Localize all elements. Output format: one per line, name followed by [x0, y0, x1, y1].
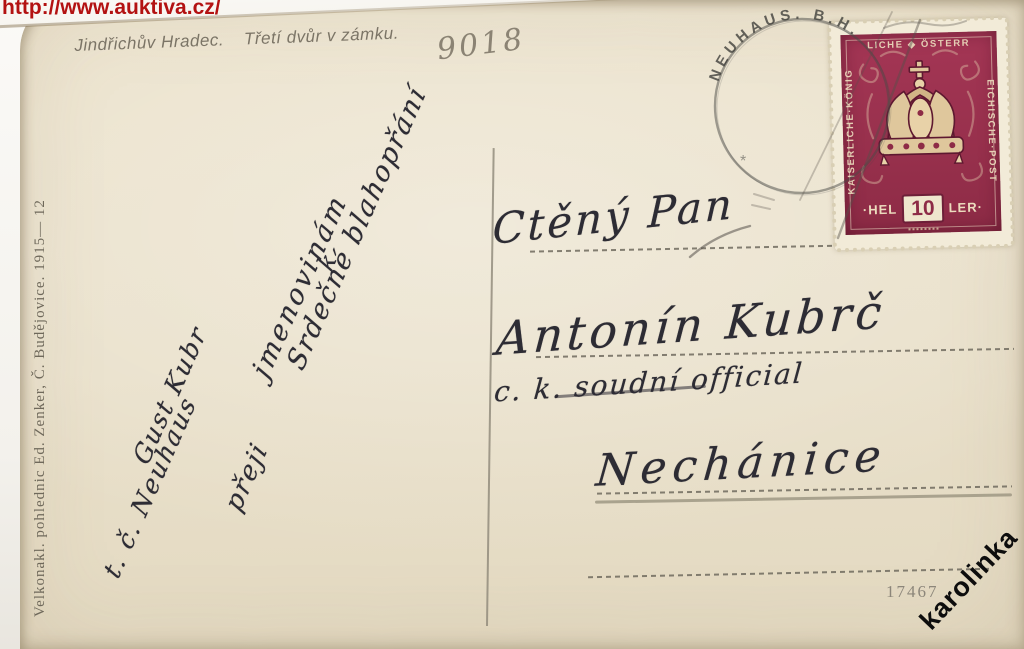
- postcard-scan: http://www.auktiva.cz/ Jindřichův Hradec…: [0, 0, 1024, 649]
- stamp-denomination-band: ·HEL 10 LER·: [853, 191, 994, 225]
- stamp-ler-label: LER·: [948, 200, 983, 214]
- stamp-design: LICHE ◆ ÖSTERR KAISERLICHE·KÖNIG EICHISC…: [840, 31, 1001, 235]
- auction-site-watermark: http://www.auktiva.cz/: [2, 0, 221, 20]
- stamp-inscription-right: EICHISCHE·POST: [985, 71, 998, 191]
- stamp-hel-label: ·HEL: [863, 202, 898, 216]
- publisher-imprint: Velkonakl. pohlednic Ed. Zenker, Č. Budě…: [33, 199, 48, 617]
- postage-stamp: LICHE ◆ ÖSTERR KAISERLICHE·KÖNIG EICHISC…: [829, 18, 1013, 251]
- stamp-value: 10: [902, 193, 944, 223]
